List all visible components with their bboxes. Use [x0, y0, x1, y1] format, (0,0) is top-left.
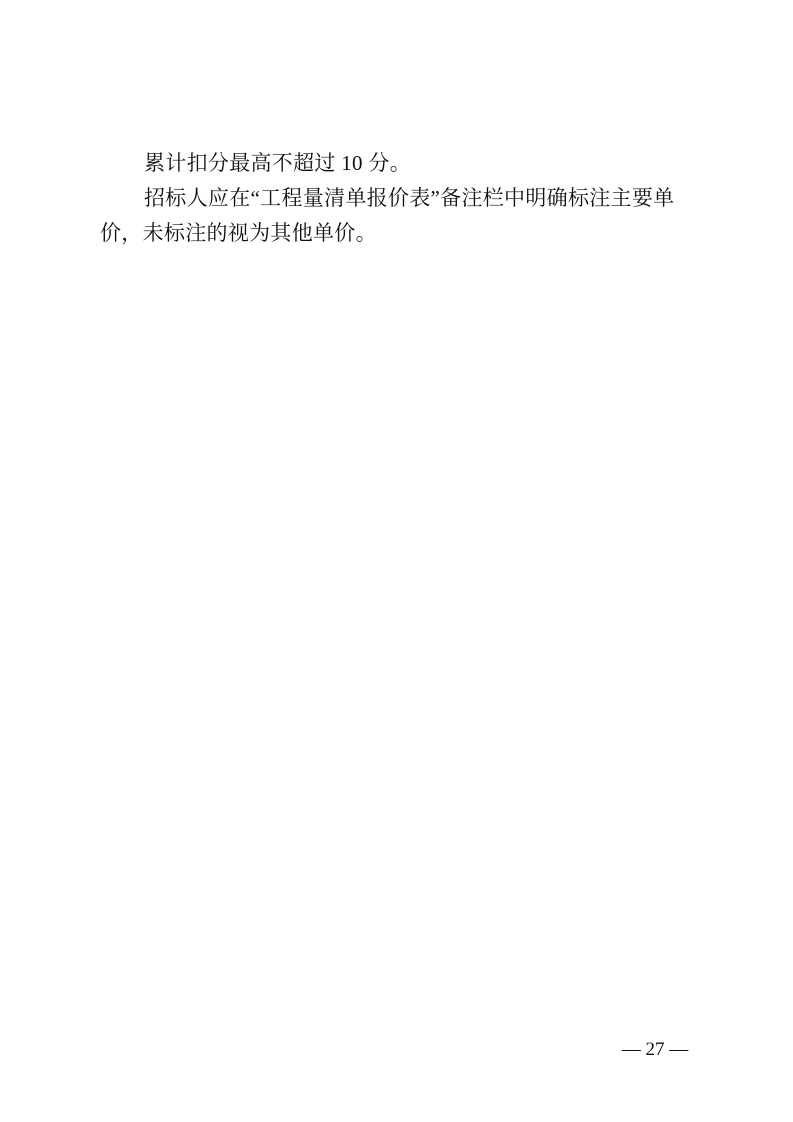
text-line: 价，未标注的视为其他单价。	[100, 216, 700, 251]
body-text: 累计扣分最高不超过 10 分。 招标人应在“工程量清单报价表”备注栏中明确标注主…	[100, 146, 700, 251]
text-line: 招标人应在“工程量清单报价表”备注栏中明确标注主要单	[100, 181, 700, 216]
paragraph: 累计扣分最高不超过 10 分。	[100, 146, 700, 181]
page-number: — 27 —	[600, 1038, 710, 1062]
text-line: 累计扣分最高不超过 10 分。	[100, 151, 411, 175]
paragraph: 招标人应在“工程量清单报价表”备注栏中明确标注主要单 价，未标注的视为其他单价。	[100, 181, 700, 251]
document-page: 累计扣分最高不超过 10 分。 招标人应在“工程量清单报价表”备注栏中明确标注主…	[0, 0, 793, 1122]
